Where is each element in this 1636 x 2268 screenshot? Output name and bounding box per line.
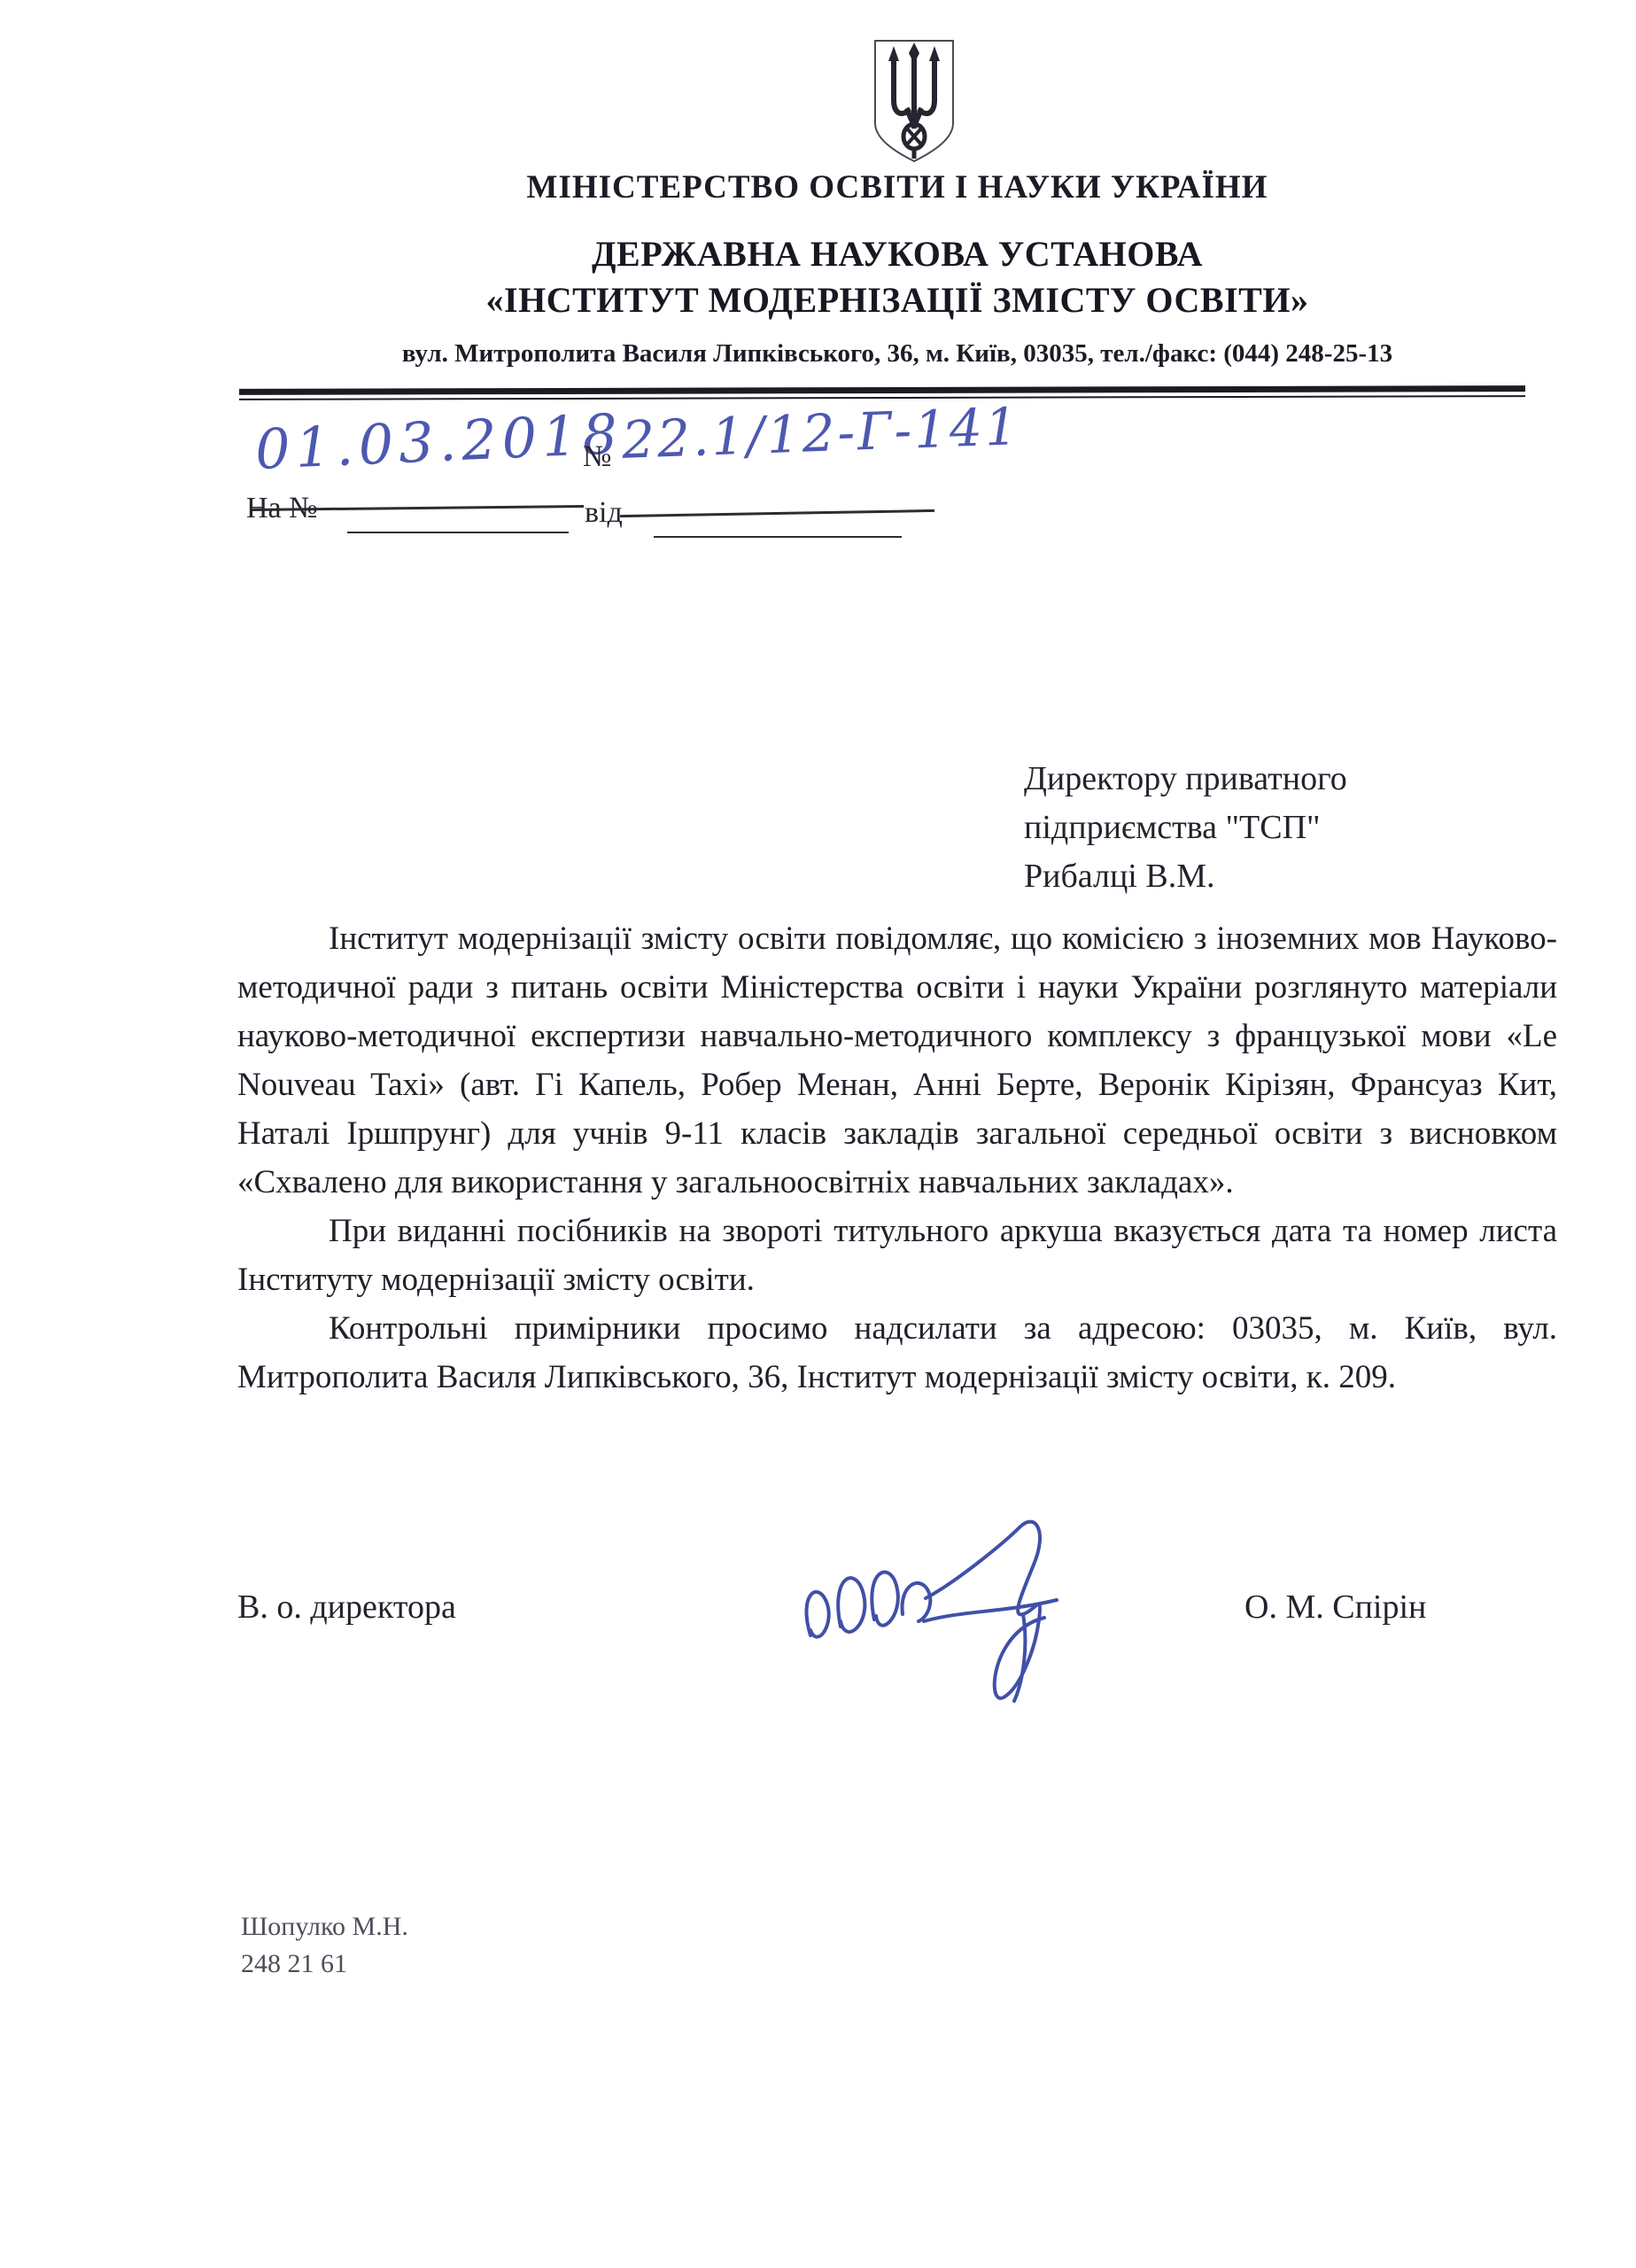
header-divider bbox=[239, 385, 1525, 400]
signer-title: В. о. директора bbox=[237, 1588, 456, 1627]
ministry-title: МІНІСТЕРСТВО ОСВІТИ І НАУКИ УКРАЇНИ bbox=[237, 168, 1557, 206]
signer-name: О. М. Спірін bbox=[1244, 1588, 1426, 1627]
recipient-line: Директору приватного bbox=[1024, 755, 1467, 804]
ukraine-trident-emblem-icon bbox=[871, 38, 958, 164]
executor-name: Шопулко М.Н. bbox=[241, 1912, 408, 1942]
recipient-line: підприємства "ТСП" bbox=[1024, 804, 1467, 852]
institution-address: вул. Митрополита Василя Липківського, 36… bbox=[237, 339, 1557, 369]
reply-from-date-label: від bbox=[585, 496, 623, 530]
handwritten-signature bbox=[791, 1513, 1150, 1713]
reply-to-number-label: На № bbox=[246, 492, 318, 525]
number-sign-label: № bbox=[583, 440, 611, 474]
body-paragraph: Інститут модернізації змісту освіти пові… bbox=[237, 914, 1557, 1207]
handwritten-date: 01.03.2018 bbox=[254, 401, 624, 482]
reply-number-blank-line bbox=[347, 532, 569, 533]
reply-date-blank-line bbox=[654, 536, 902, 538]
institution-type-title: ДЕРЖАВНА НАУКОВА УСТАНОВА bbox=[237, 233, 1557, 275]
scanned-letter-page: { "header": { "emblem_name": "ukraine-tr… bbox=[0, 0, 1636, 2268]
institution-name-title: «ІНСТИТУТ МОДЕРНІЗАЦІЇ ЗМІСТУ ОСВІТИ» bbox=[237, 279, 1557, 321]
recipient-block: Директору приватного підприємства "ТСП" … bbox=[1024, 755, 1467, 901]
letter-body: Інститут модернізації змісту освіти пові… bbox=[237, 914, 1557, 1402]
number-blank-line bbox=[620, 509, 934, 517]
executor-phone: 248 21 61 bbox=[241, 1949, 347, 1979]
body-paragraph: Контрольні примірники просимо надсилати … bbox=[237, 1304, 1557, 1402]
handwritten-outgoing-number: 22.1/12-Г-141 bbox=[621, 396, 1021, 470]
recipient-line: Рибалці В.М. bbox=[1024, 852, 1467, 901]
body-paragraph: При виданні посібників на звороті титуль… bbox=[237, 1207, 1557, 1304]
